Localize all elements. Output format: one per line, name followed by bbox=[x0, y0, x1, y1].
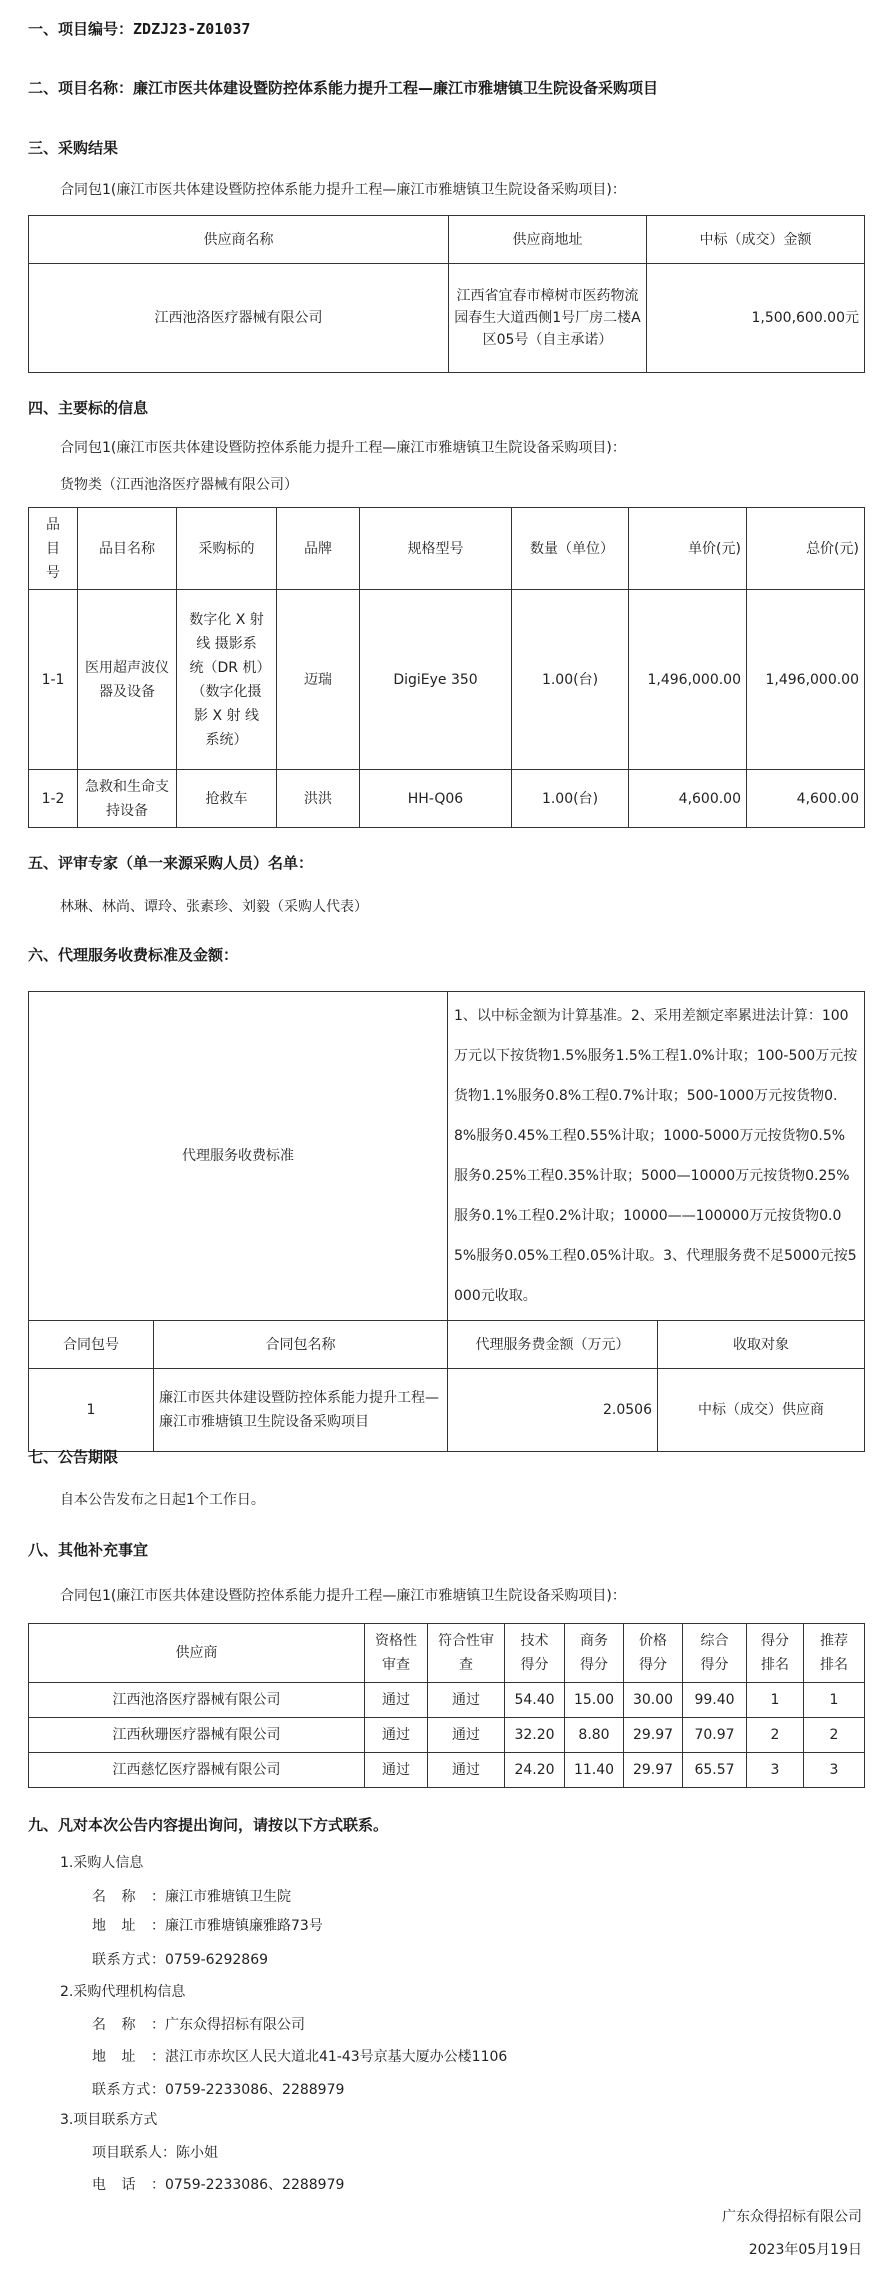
supplementary-package-label: 合同包1(廉江市医共体建设暨防控体系能力提升工程—廉江市雅塘镇卫生院设备采购项目… bbox=[60, 1586, 626, 1606]
score-price: 30.00 bbox=[624, 1683, 683, 1718]
score-tech: 54.40 bbox=[505, 1683, 565, 1718]
agency-phone-label: 联系方式： bbox=[92, 2080, 165, 2100]
header-tech-score: 技术得分 bbox=[505, 1624, 565, 1683]
result-package-label: 合同包1(廉江市医共体建设暨防控体系能力提升工程—廉江市雅塘镇卫生院设备采购项目… bbox=[60, 180, 626, 200]
table-row: 1-1 医用超声波仪器及设备 数字化 X 射线 摄影系 统（DR 机）（数字化摄… bbox=[29, 590, 865, 770]
supplementary-heading: 八、其他补充事宜 bbox=[28, 1540, 148, 1560]
score-table: 供应商 资格性审查 符合性审查 技术得分 商务得分 价格得分 综合得分 得分排名… bbox=[28, 1623, 865, 1788]
purchaser-address-line: 地址：廉江市雅塘镇廉雅路73号 bbox=[92, 1916, 323, 1936]
score-supplier: 江西秋珊医疗器械有限公司 bbox=[29, 1718, 365, 1753]
table-row: 江西慈忆医疗器械有限公司 通过 通过 24.20 11.40 29.97 65.… bbox=[29, 1753, 865, 1788]
project-phone-line: 电话：0759-2233086、2288979 bbox=[92, 2175, 344, 2195]
score-conformity: 通过 bbox=[428, 1683, 505, 1718]
header-package-no: 合同包号 bbox=[29, 1321, 154, 1369]
score-tech: 24.20 bbox=[505, 1753, 565, 1788]
agency-address-line: 地址：湛江市赤坎区人民大道北41-43号京基大厦办公楼1106 bbox=[92, 2047, 507, 2067]
rec-rank: 1 bbox=[804, 1683, 865, 1718]
project-name-heading: 二、项目名称：廉江市医共体建设暨防控体系能力提升工程—廉江市雅塘镇卫生院设备采购… bbox=[28, 78, 658, 98]
score-qualification: 通过 bbox=[365, 1683, 428, 1718]
bid-amount: 1,500,600.00元 bbox=[647, 264, 865, 373]
agency-fee-heading: 六、代理服务收费标准及金额： bbox=[28, 945, 238, 965]
score-total: 70.97 bbox=[683, 1718, 747, 1753]
item-target: 数字化 X 射线 摄影系 统（DR 机）（数字化摄 影 X 射 线系统） bbox=[177, 590, 277, 770]
agency-info-title: 2.采购代理机构信息 bbox=[60, 1982, 185, 2002]
notice-period-heading: 七、公告期限 bbox=[28, 1447, 118, 1467]
table-row: 江西秋珊医疗器械有限公司 通过 通过 32.20 8.80 29.97 70.9… bbox=[29, 1718, 865, 1753]
project-number-heading: 一、项目编号：ZDZJ23-Z01037 bbox=[28, 19, 250, 39]
purchaser-name: 廉江市雅塘镇卫生院 bbox=[165, 1889, 291, 1905]
package-name: 廉江市医共体建设暨防控体系能力提升工程—廉江市雅塘镇卫生院设备采购项目 bbox=[154, 1369, 448, 1452]
score-table-header: 供应商 资格性审查 符合性审查 技术得分 商务得分 价格得分 综合得分 得分排名… bbox=[29, 1624, 865, 1683]
purchaser-name-line: 名称：廉江市雅塘镇卫生院 bbox=[92, 1887, 291, 1907]
rec-rank: 2 bbox=[804, 1718, 865, 1753]
score-qualification: 通过 bbox=[365, 1718, 428, 1753]
agency-name-line: 名称：广东众得招标有限公司 bbox=[92, 2015, 305, 2035]
agency-phone-line: 联系方式：0759-2233086、2288979 bbox=[92, 2080, 344, 2100]
item-model: HH-Q06 bbox=[360, 770, 512, 828]
item-no: 1-1 bbox=[29, 590, 78, 770]
item-brand: 迈瑞 bbox=[277, 590, 360, 770]
score-conformity: 通过 bbox=[428, 1753, 505, 1788]
item-category: 医用超声波仪器及设备 bbox=[78, 590, 177, 770]
project-name-value: 廉江市医共体建设暨防控体系能力提升工程—廉江市雅塘镇卫生院设备采购项目 bbox=[133, 79, 658, 97]
header-fee-amount: 代理服务费金额（万元） bbox=[448, 1321, 658, 1369]
project-contact-person-line: 项目联系人：陈小姐 bbox=[92, 2143, 218, 2163]
items-table-header: 品目号 品目名称 采购标的 品牌 规格型号 数量（单位） 单价(元) 总价(元) bbox=[29, 508, 865, 590]
package-no: 1 bbox=[29, 1369, 154, 1452]
agency-fee-table: 代理服务收费标准 1、以中标金额为计算基准。2、采用差额定率累进法计算：100万… bbox=[28, 991, 865, 1452]
score-rank: 2 bbox=[747, 1718, 804, 1753]
header-bid-amount: 中标（成交）金额 bbox=[647, 216, 865, 264]
project-contact-person-label: 项目联系人： bbox=[92, 2145, 176, 2161]
contact-heading: 九、凡对本次公告内容提出询问，请按以下方式联系。 bbox=[28, 1815, 388, 1835]
result-table: 供应商名称 供应商地址 中标（成交）金额 江西池洛医疗器械有限公司 江西省宜春市… bbox=[28, 215, 865, 373]
header-item-brand: 品牌 bbox=[277, 508, 360, 590]
score-qualification: 通过 bbox=[365, 1753, 428, 1788]
header-qualification: 资格性审查 bbox=[365, 1624, 428, 1683]
score-supplier: 江西慈忆医疗器械有限公司 bbox=[29, 1753, 365, 1788]
purchaser-address-label: 地址： bbox=[92, 1916, 165, 1936]
project-contact-title: 3.项目联系方式 bbox=[60, 2110, 157, 2130]
purchaser-phone-label: 联系方式： bbox=[92, 1950, 165, 1970]
agency-address-label: 地址： bbox=[92, 2047, 165, 2067]
item-no: 1-2 bbox=[29, 770, 78, 828]
item-model: DigiEye 350 bbox=[360, 590, 512, 770]
score-biz: 15.00 bbox=[565, 1683, 624, 1718]
agency-phone: 0759-2233086、2288979 bbox=[165, 2082, 344, 2098]
header-item-no: 品目号 bbox=[29, 508, 78, 590]
fee-payer: 中标（成交）供应商 bbox=[658, 1369, 865, 1452]
item-category: 急救和生命支持设备 bbox=[78, 770, 177, 828]
items-package-label: 合同包1(廉江市医共体建设暨防控体系能力提升工程—廉江市雅塘镇卫生院设备采购项目… bbox=[60, 438, 626, 458]
item-brand: 洪洪 bbox=[277, 770, 360, 828]
score-total: 65.57 bbox=[683, 1753, 747, 1788]
notice-period-text: 自本公告发布之日起1个工作日。 bbox=[60, 1490, 265, 1510]
table-row: 1-2 急救和生命支持设备 抢救车 洪洪 HH-Q06 1.00(台) 4,60… bbox=[29, 770, 865, 828]
score-total: 99.40 bbox=[683, 1683, 747, 1718]
project-contact-person: 陈小姐 bbox=[176, 2145, 218, 2161]
header-item-total: 总价(元) bbox=[747, 508, 865, 590]
table-row: 1 廉江市医共体建设暨防控体系能力提升工程—廉江市雅塘镇卫生院设备采购项目 2.… bbox=[29, 1369, 865, 1452]
fee-standard-text: 1、以中标金额为计算基准。2、采用差额定率累进法计算：100万元以下按货物1.5… bbox=[448, 992, 865, 1321]
item-unit-price: 1,496,000.00 bbox=[629, 590, 747, 770]
score-price: 29.97 bbox=[624, 1753, 683, 1788]
item-total: 4,600.00 bbox=[747, 770, 865, 828]
score-rank: 3 bbox=[747, 1753, 804, 1788]
item-target: 抢救车 bbox=[177, 770, 277, 828]
header-total-score: 综合得分 bbox=[683, 1624, 747, 1683]
score-rank: 1 bbox=[747, 1683, 804, 1718]
items-category-label: 货物类（江西池洛医疗器械有限公司） bbox=[60, 475, 298, 495]
header-score-rank: 得分排名 bbox=[747, 1624, 804, 1683]
score-price: 29.97 bbox=[624, 1718, 683, 1753]
agency-name: 广东众得招标有限公司 bbox=[165, 2017, 305, 2033]
header-item-unit-price: 单价(元) bbox=[629, 508, 747, 590]
header-rec-rank: 推荐排名 bbox=[804, 1624, 865, 1683]
fee-standard-row: 代理服务收费标准 1、以中标金额为计算基准。2、采用差额定率累进法计算：100万… bbox=[29, 992, 865, 1321]
item-unit-price: 4,600.00 bbox=[629, 770, 747, 828]
header-item-model: 规格型号 bbox=[360, 508, 512, 590]
purchaser-phone-line: 联系方式：0759-6292869 bbox=[92, 1950, 268, 1970]
fee-amount: 2.0506 bbox=[448, 1369, 658, 1452]
header-supplier-address: 供应商地址 bbox=[449, 216, 647, 264]
item-qty: 1.00(台) bbox=[512, 590, 629, 770]
score-conformity: 通过 bbox=[428, 1718, 505, 1753]
item-total: 1,496,000.00 bbox=[747, 590, 865, 770]
signature-org: 广东众得招标有限公司 bbox=[722, 2207, 862, 2227]
header-supplier-name: 供应商名称 bbox=[29, 216, 449, 264]
header-conformity: 符合性审查 bbox=[428, 1624, 505, 1683]
purchaser-info-title: 1.采购人信息 bbox=[60, 1853, 143, 1873]
table-row: 江西池洛医疗器械有限公司 江西省宜春市樟树市医药物流园春生大道西侧1号厂房二楼A… bbox=[29, 264, 865, 373]
procurement-result-heading: 三、采购结果 bbox=[28, 138, 118, 158]
experts-heading: 五、评审专家（单一来源采购人员）名单： bbox=[28, 853, 313, 873]
purchaser-phone: 0759-6292869 bbox=[165, 1952, 268, 1968]
header-fee-payer: 收取对象 bbox=[658, 1321, 865, 1369]
header-item-target: 采购标的 bbox=[177, 508, 277, 590]
project-number-value: ZDZJ23-Z01037 bbox=[133, 20, 250, 38]
header-supplier: 供应商 bbox=[29, 1624, 365, 1683]
agency-address: 湛江市赤坎区人民大道北41-43号京基大厦办公楼1106 bbox=[165, 2049, 507, 2065]
table-row: 江西池洛医疗器械有限公司 通过 通过 54.40 15.00 30.00 99.… bbox=[29, 1683, 865, 1718]
items-table: 品目号 品目名称 采购标的 品牌 规格型号 数量（单位） 单价(元) 总价(元)… bbox=[28, 507, 865, 828]
result-table-header: 供应商名称 供应商地址 中标（成交）金额 bbox=[29, 216, 865, 264]
header-biz-score: 商务得分 bbox=[565, 1624, 624, 1683]
project-phone: 0759-2233086、2288979 bbox=[165, 2177, 344, 2193]
rec-rank: 3 bbox=[804, 1753, 865, 1788]
header-price-score: 价格得分 bbox=[624, 1624, 683, 1683]
agency-name-label: 名称： bbox=[92, 2015, 165, 2035]
experts-names: 林琳、林尚、谭玲、张素珍、刘毅（采购人代表） bbox=[60, 897, 368, 917]
header-package-name: 合同包名称 bbox=[154, 1321, 448, 1369]
header-item-qty: 数量（单位） bbox=[512, 508, 629, 590]
fee-table-header: 合同包号 合同包名称 代理服务费金额（万元） 收取对象 bbox=[29, 1321, 865, 1369]
project-phone-label: 电话： bbox=[92, 2175, 165, 2195]
score-biz: 11.40 bbox=[565, 1753, 624, 1788]
purchaser-address: 廉江市雅塘镇廉雅路73号 bbox=[165, 1918, 323, 1934]
score-tech: 32.20 bbox=[505, 1718, 565, 1753]
fee-standard-label: 代理服务收费标准 bbox=[29, 992, 448, 1321]
project-name-label: 二、项目名称： bbox=[28, 79, 133, 97]
supplier-name: 江西池洛医疗器械有限公司 bbox=[29, 264, 449, 373]
signature-date: 2023年05月19日 bbox=[749, 2240, 862, 2260]
header-item-category: 品目名称 bbox=[78, 508, 177, 590]
project-number-label: 一、项目编号： bbox=[28, 20, 133, 38]
main-items-heading: 四、主要标的信息 bbox=[28, 398, 148, 418]
score-biz: 8.80 bbox=[565, 1718, 624, 1753]
score-supplier: 江西池洛医疗器械有限公司 bbox=[29, 1683, 365, 1718]
supplier-address: 江西省宜春市樟树市医药物流园春生大道西侧1号厂房二楼A区05号（自主承诺） bbox=[449, 264, 647, 373]
item-qty: 1.00(台) bbox=[512, 770, 629, 828]
purchaser-name-label: 名称： bbox=[92, 1887, 165, 1907]
